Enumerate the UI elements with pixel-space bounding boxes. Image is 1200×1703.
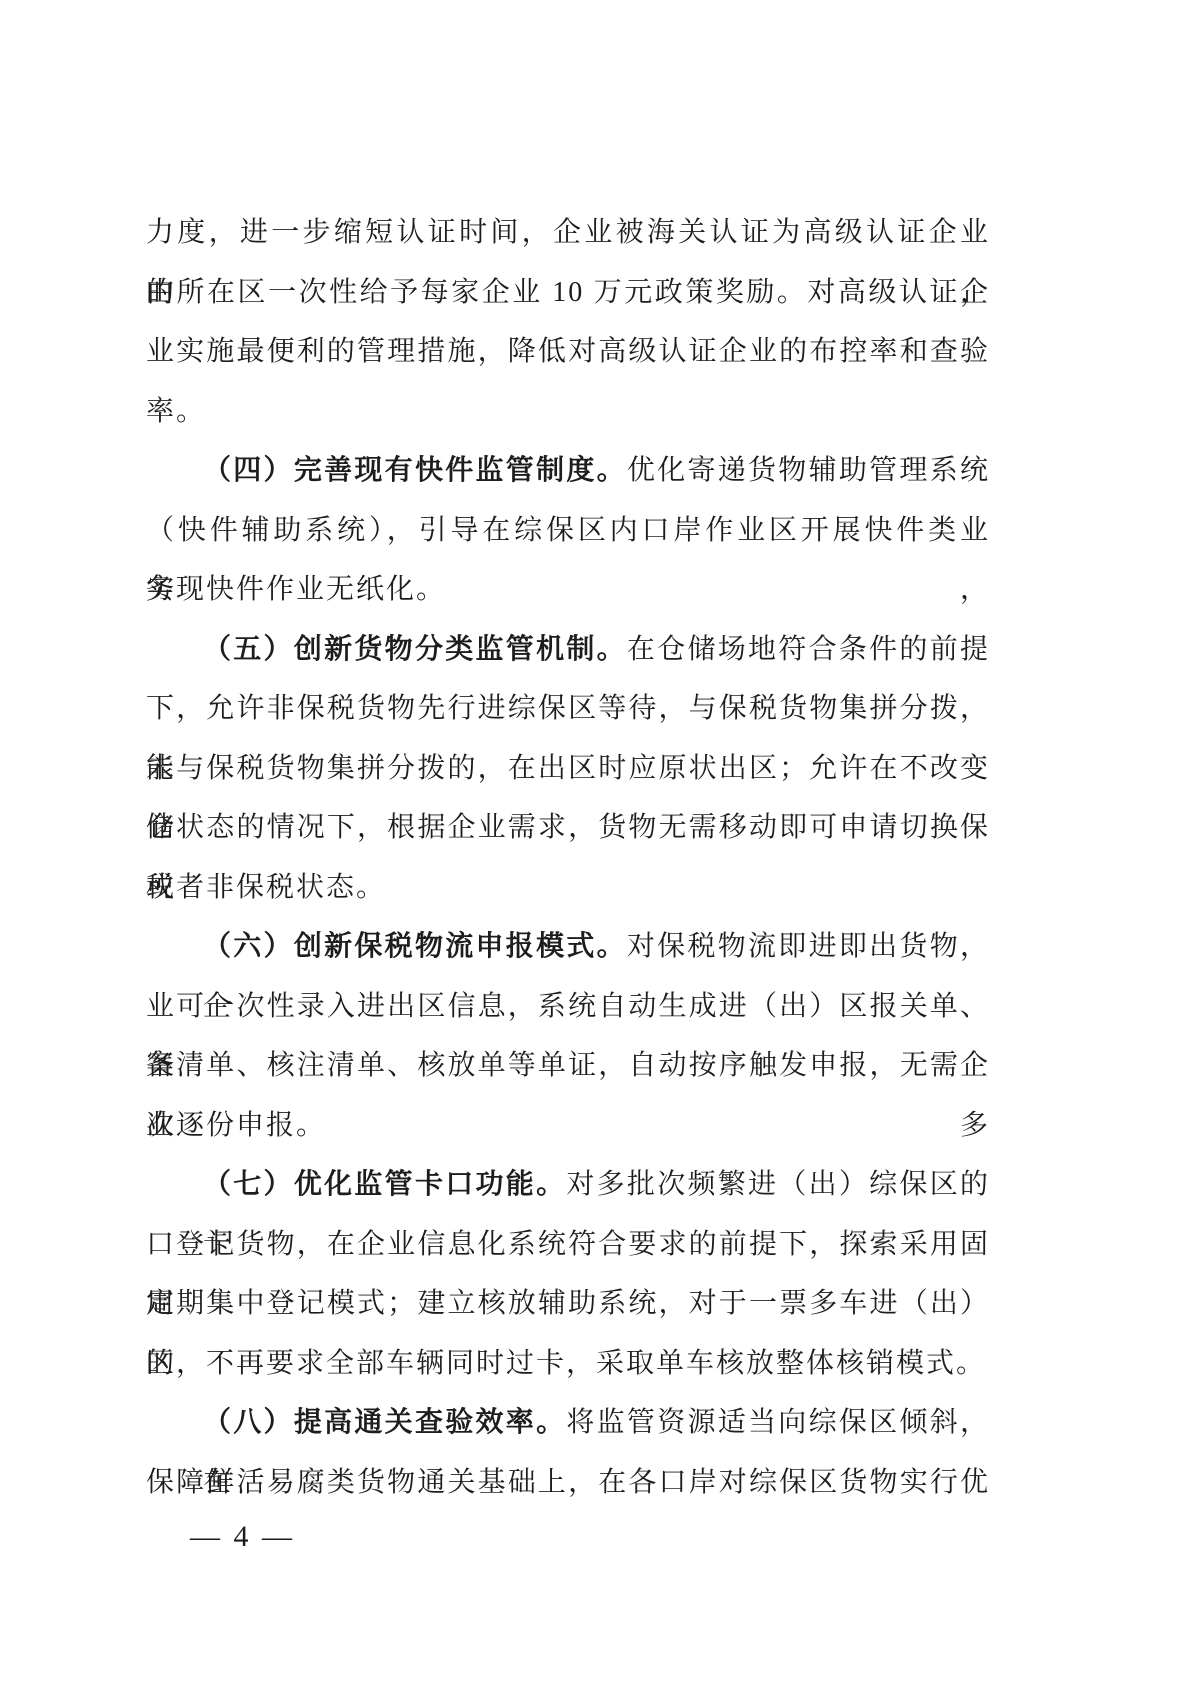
- body-text-segment: 率。: [146, 396, 206, 427]
- text-line: 或者非保税状态。: [146, 858, 990, 918]
- body-text-segment: 实现快件作业无纸化。: [146, 574, 446, 605]
- paragraph-heading-segment: （八）提高通关查验效率。: [203, 1407, 566, 1438]
- text-body: 力度，进一步缩短认证时间，企业被海关认证为高级认证企业的，由所在区一次性给予每家…: [146, 203, 990, 1512]
- text-line: 储状态的情况下，根据企业需求，货物无需移动即可申请切换保税: [146, 798, 990, 858]
- body-text-segment: 次逐份申报。: [146, 1110, 326, 1141]
- text-line: 的，不再要求全部车辆同时过卡，采取单车核放整体核销模式。: [146, 1334, 990, 1394]
- text-line: （六）创新保税物流申报模式。对保税物流即进即出货物，企: [146, 917, 990, 977]
- text-line: （四）完善现有快件监管制度。优化寄递货物辅助管理系统: [146, 441, 990, 501]
- paragraph-heading-segment: （五）创新货物分类监管机制。: [203, 634, 627, 665]
- text-line: 率。: [146, 382, 990, 442]
- text-line: 业实施最便利的管理措施，降低对高级认证企业的布控率和查验: [146, 322, 990, 382]
- paragraph-heading-segment: （七）优化监管卡口功能。: [203, 1169, 566, 1200]
- text-line: （八）提高通关查验效率。将监管资源适当向综保区倾斜，在: [146, 1393, 990, 1453]
- body-text-segment: 保障鲜活易腐类货物通关基础上，在各口岸对综保区货物实行优: [146, 1467, 990, 1498]
- body-text-segment: 在仓储场地符合条件的前提: [627, 634, 990, 665]
- page-number: — 4 —: [190, 1520, 295, 1554]
- text-line: 力度，进一步缩短认证时间，企业被海关认证为高级认证企业的，: [146, 203, 990, 263]
- text-line: 案清单、核注清单、核放单等单证，自动按序触发申报，无需企业多: [146, 1036, 990, 1096]
- text-line: 保障鲜活易腐类货物通关基础上，在各口岸对综保区货物实行优: [146, 1453, 990, 1513]
- text-line: 业可一次性录入进出区信息，系统自动生成进（出）区报关单、备: [146, 977, 990, 1037]
- text-line: 由所在区一次性给予每家企业 10 万元政策奖励。对高级认证企: [146, 263, 990, 323]
- body-text-segment: 由所在区一次性给予每家企业 10 万元政策奖励。对高级认证企: [146, 277, 990, 308]
- text-line: （七）优化监管卡口功能。对多批次频繁进（出）综保区的卡: [146, 1155, 990, 1215]
- body-text-segment: 优化寄递货物辅助管理系统: [627, 455, 990, 486]
- body-text-segment: 的，不再要求全部车辆同时过卡，采取单车核放整体核销模式。: [146, 1348, 986, 1379]
- text-line: （快件辅助系统），引导在综保区内口岸作业区开展快件类业务，: [146, 501, 990, 561]
- text-line: 口登记货物，在企业信息化系统符合要求的前提下，探索采用固定: [146, 1215, 990, 1275]
- body-text-segment: 或者非保税状态。: [146, 872, 386, 903]
- paragraph-heading-segment: （四）完善现有快件监管制度。: [203, 455, 627, 486]
- text-line: （五）创新货物分类监管机制。在仓储场地符合条件的前提: [146, 620, 990, 680]
- body-text-segment: 业实施最便利的管理措施，降低对高级认证企业的布控率和查验: [146, 336, 990, 367]
- document-page: 力度，进一步缩短认证时间，企业被海关认证为高级认证企业的，由所在区一次性给予每家…: [0, 0, 1200, 1703]
- text-line: 周期集中登记模式；建立核放辅助系统，对于一票多车进（出）区: [146, 1274, 990, 1334]
- text-line: 下，允许非保税货物先行进综保区等待，与保税货物集拼分拨，未: [146, 679, 990, 739]
- paragraph-heading-segment: （六）创新保税物流申报模式。: [203, 931, 627, 962]
- text-line: 能与保税货物集拼分拨的，在出区时应原状出区；允许在不改变仓: [146, 739, 990, 799]
